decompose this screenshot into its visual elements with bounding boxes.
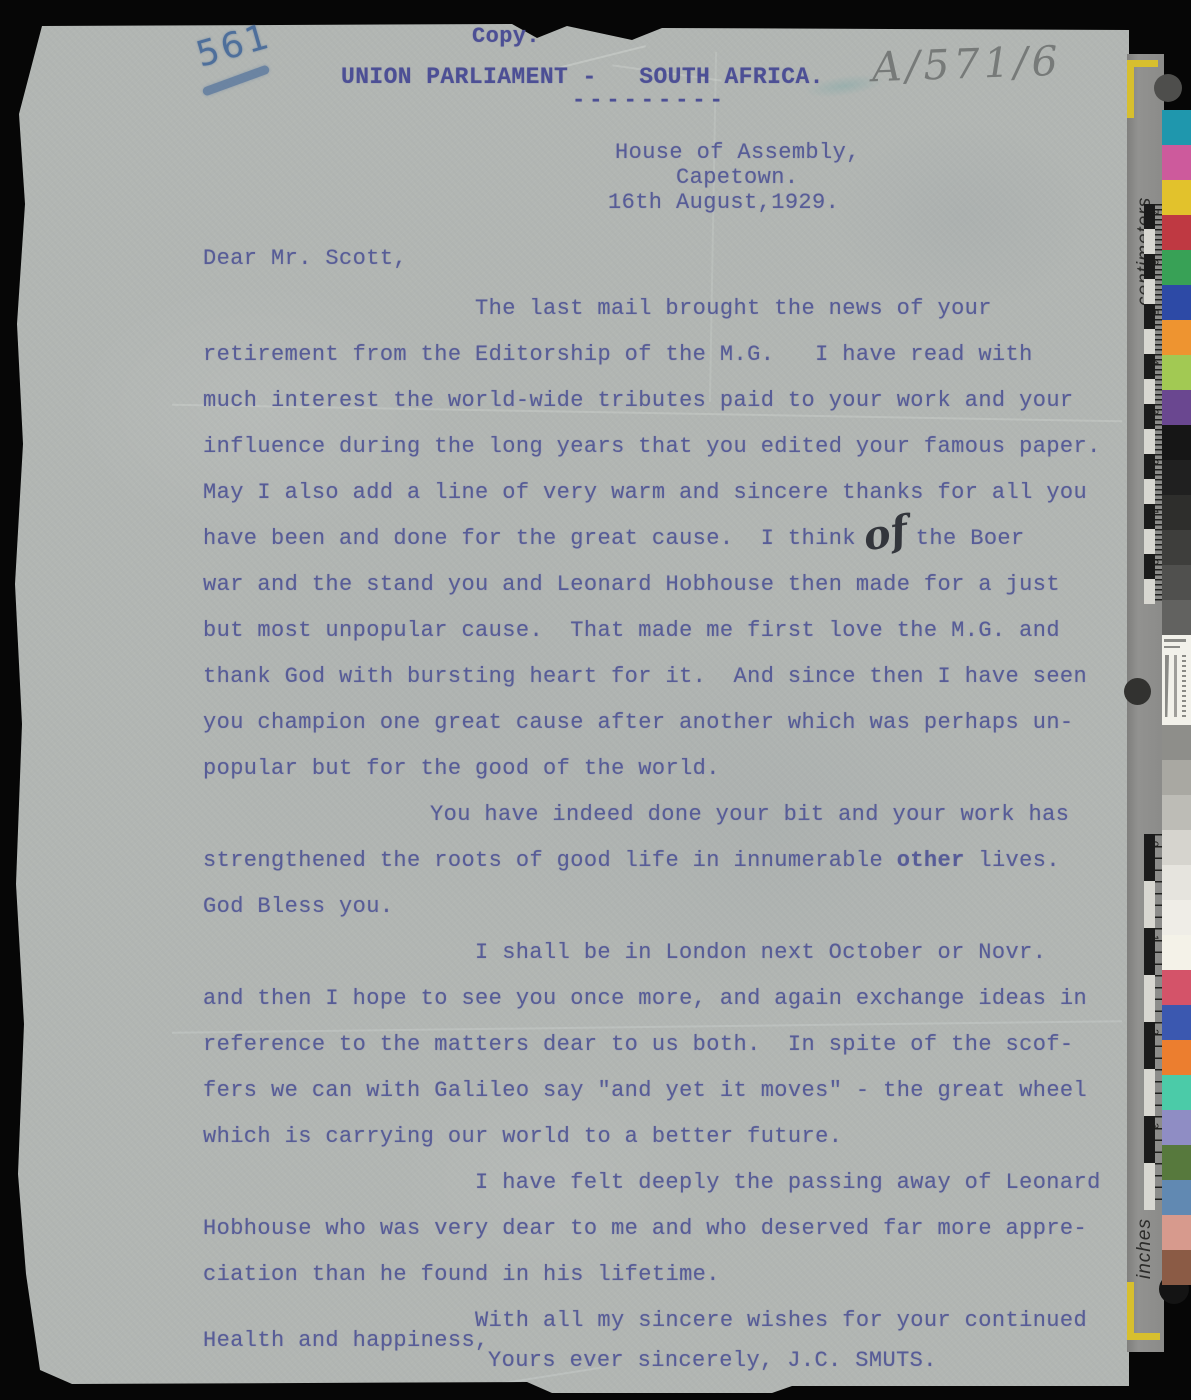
color-patch: [1162, 495, 1191, 530]
color-patch: [1162, 1145, 1191, 1180]
target-wedge: [1174, 655, 1177, 717]
color-patch: [1162, 390, 1191, 425]
ruler-number: 5: [1148, 309, 1160, 315]
color-patch: [1162, 935, 1191, 970]
body-line: You have indeed done your bit and your w…: [203, 802, 1128, 848]
ruler-number: 1: [1148, 935, 1160, 941]
sender-address-line2: Capetown.: [676, 165, 798, 190]
target-wedge: [1182, 655, 1186, 717]
body-line: ciation than he found in his lifetime.: [203, 1262, 1128, 1308]
color-patch: [1162, 460, 1191, 495]
salutation: Dear Mr. Scott,: [203, 246, 407, 271]
body-line: influence during the long years that you…: [203, 434, 1128, 480]
body-line: I shall be in London next October or Nov…: [203, 940, 1128, 986]
yellow-corner-mark: [1127, 60, 1134, 118]
body-line: but most unpopular cause. That made me f…: [203, 618, 1128, 664]
color-patch: [1162, 795, 1191, 830]
color-patch: [1162, 725, 1191, 760]
body-line-segment: lives.: [965, 848, 1060, 873]
body-line: fers we can with Galileo say "and yet it…: [203, 1078, 1128, 1124]
target-bar: [1164, 639, 1186, 642]
color-patch: [1162, 1110, 1191, 1145]
color-patches-bottom: [1162, 970, 1191, 1285]
ruler-number: 4: [1148, 359, 1160, 365]
sender-address-line1: House of Assembly,: [615, 140, 860, 165]
color-patch: [1162, 320, 1191, 355]
ruler-number: 0: [1148, 841, 1160, 847]
grayscale-patches: [1162, 425, 1191, 635]
scanned-letter-page: 561 A/571/6 Copy. UNION PARLIAMENT - SOU…: [0, 0, 1191, 1400]
ruler-number: 0: [1148, 559, 1160, 565]
body-line: thank God with bursting heart for it. An…: [203, 664, 1128, 710]
pencil-reference-code: A/571/6: [871, 37, 1062, 92]
color-patch: [1162, 1215, 1191, 1250]
color-patch: [1162, 830, 1191, 865]
color-patch: [1162, 970, 1191, 1005]
target-bar: [1164, 646, 1180, 648]
color-patch: [1162, 1040, 1191, 1075]
body-line: I have felt deeply the passing away of L…: [203, 1170, 1128, 1216]
letterhead-title: UNION PARLIAMENT - SOUTH AFRICA.: [341, 64, 824, 90]
body-line-segment: strengthened the roots of good life in i…: [203, 848, 897, 873]
ruler-number: 6: [1148, 259, 1160, 265]
body-line: Hobhouse who was very dear to me and who…: [203, 1216, 1128, 1262]
ruler-number: 2: [1148, 459, 1160, 465]
color-patch: [1162, 285, 1191, 320]
ruler-number: 7: [1148, 209, 1160, 215]
ruler-number: 3: [1148, 1123, 1160, 1129]
body-line: popular but for the good of the world.: [203, 756, 1128, 802]
body-line: strengthened the roots of good life in i…: [203, 848, 1128, 894]
color-patch: [1162, 145, 1191, 180]
body-line: May I also add a line of very warm and s…: [203, 480, 1128, 526]
color-patch: [1162, 215, 1191, 250]
color-patch: [1162, 1075, 1191, 1110]
body-line: and then I hope to see you once more, an…: [203, 986, 1128, 1032]
color-patch: [1162, 180, 1191, 215]
color-patch: [1162, 250, 1191, 285]
body-line: retirement from the Editorship of the M.…: [203, 342, 1128, 388]
body-line: you champion one great cause after anoth…: [203, 710, 1128, 756]
ruler-board: centimeters inches 76543210 0123: [1127, 54, 1164, 1352]
handwritten-correction-of: of: [863, 530, 907, 538]
registration-dot: [1124, 678, 1151, 705]
color-patches-top: [1162, 110, 1191, 425]
body-line: God Bless you.: [203, 894, 1128, 940]
body-line-segment: have been and done for the great cause. …: [203, 526, 870, 551]
body-line-segment: the Boer: [902, 526, 1024, 551]
letter-body: The last mail brought the news of your r…: [203, 296, 1128, 1354]
copy-label: Copy.: [472, 24, 540, 49]
body-line: have been and done for the great cause. …: [203, 526, 1128, 572]
signature-line: Yours ever sincerely, J.C. SMUTS.: [488, 1348, 937, 1373]
letter-date: 16th August,1929.: [608, 190, 839, 215]
color-patch: [1162, 530, 1191, 565]
color-patch: [1162, 900, 1191, 935]
color-patch-column: [1162, 110, 1191, 1285]
yellow-corner-mark: [1127, 1282, 1134, 1340]
color-patch: [1162, 355, 1191, 390]
ruler-number: 2: [1148, 1029, 1160, 1035]
body-line: which is carrying our world to a better …: [203, 1124, 1128, 1170]
color-patch: [1162, 565, 1191, 600]
letterhead-rule: ---------: [572, 88, 727, 113]
body-line: reference to the matters dear to us both…: [203, 1032, 1128, 1078]
body-line: The last mail brought the news of your: [203, 296, 1128, 342]
yellow-corner-mark: [1127, 1333, 1160, 1340]
color-patch: [1162, 1250, 1191, 1285]
overstruck-word: other: [897, 848, 965, 873]
ruler-number: 3: [1148, 409, 1160, 415]
registration-dot: [1154, 74, 1182, 102]
closing-line: Health and happiness,: [203, 1328, 489, 1353]
neutral-patches: [1162, 725, 1191, 970]
color-patch: [1162, 600, 1191, 635]
color-patch: [1162, 1005, 1191, 1040]
resolution-target: [1162, 635, 1191, 725]
color-patch: [1162, 760, 1191, 795]
color-patch: [1162, 110, 1191, 145]
body-line: much interest the world-wide tributes pa…: [203, 388, 1128, 434]
color-patch: [1162, 1180, 1191, 1215]
ruler-number: 1: [1148, 509, 1160, 515]
body-line: war and the stand you and Leonard Hobhou…: [203, 572, 1128, 618]
target-wedge: [1165, 655, 1169, 717]
calibration-strip: centimeters inches 76543210 0123: [1127, 54, 1191, 1352]
color-patch: [1162, 865, 1191, 900]
color-patch: [1162, 425, 1191, 460]
